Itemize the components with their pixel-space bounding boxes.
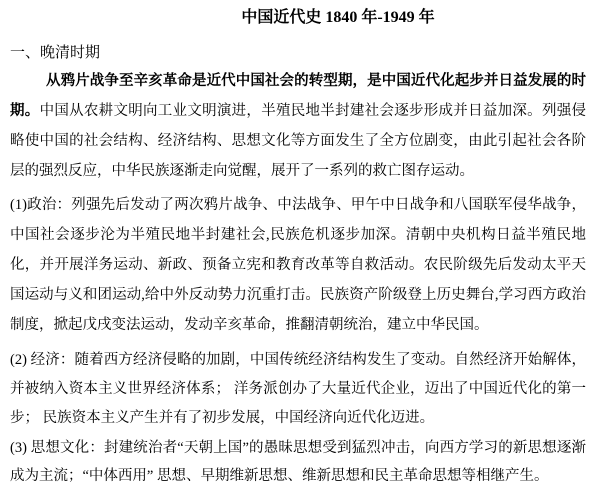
paragraph-economy: (2) 经济：随着西方经济侵略的加剧，中国传统经济结构发生了变动。自然经济开始解… (10, 346, 586, 433)
paragraph-overview: 从鸦片战争至辛亥革命是近代中国社会的转型期，是中国近代化起步并日益发展的时期。中… (10, 66, 586, 186)
section-heading: 一、晚清时期 (10, 43, 586, 63)
paragraph-overview-body: 中国从农耕文明向工业文明演进，半殖民地半封建社会逐步形成并日益加深。列强侵略使中… (10, 103, 586, 179)
paragraph-culture: (3) 思想文化：封建统治者“天朝上国”的愚昧思想受到猛烈冲击，向西方学习的新思… (10, 434, 586, 490)
document-title: 中国近代史 1840 年-1949 年 (10, 8, 586, 28)
paragraph-politics: (1)政治：列强先后发动了两次鸦片战争、中法战争、甲午中日战争和八国联军侵华战争… (10, 190, 586, 340)
document-page: 中国近代史 1840 年-1949 年 一、晚清时期 从鸦片战争至辛亥革命是近代… (0, 0, 594, 493)
